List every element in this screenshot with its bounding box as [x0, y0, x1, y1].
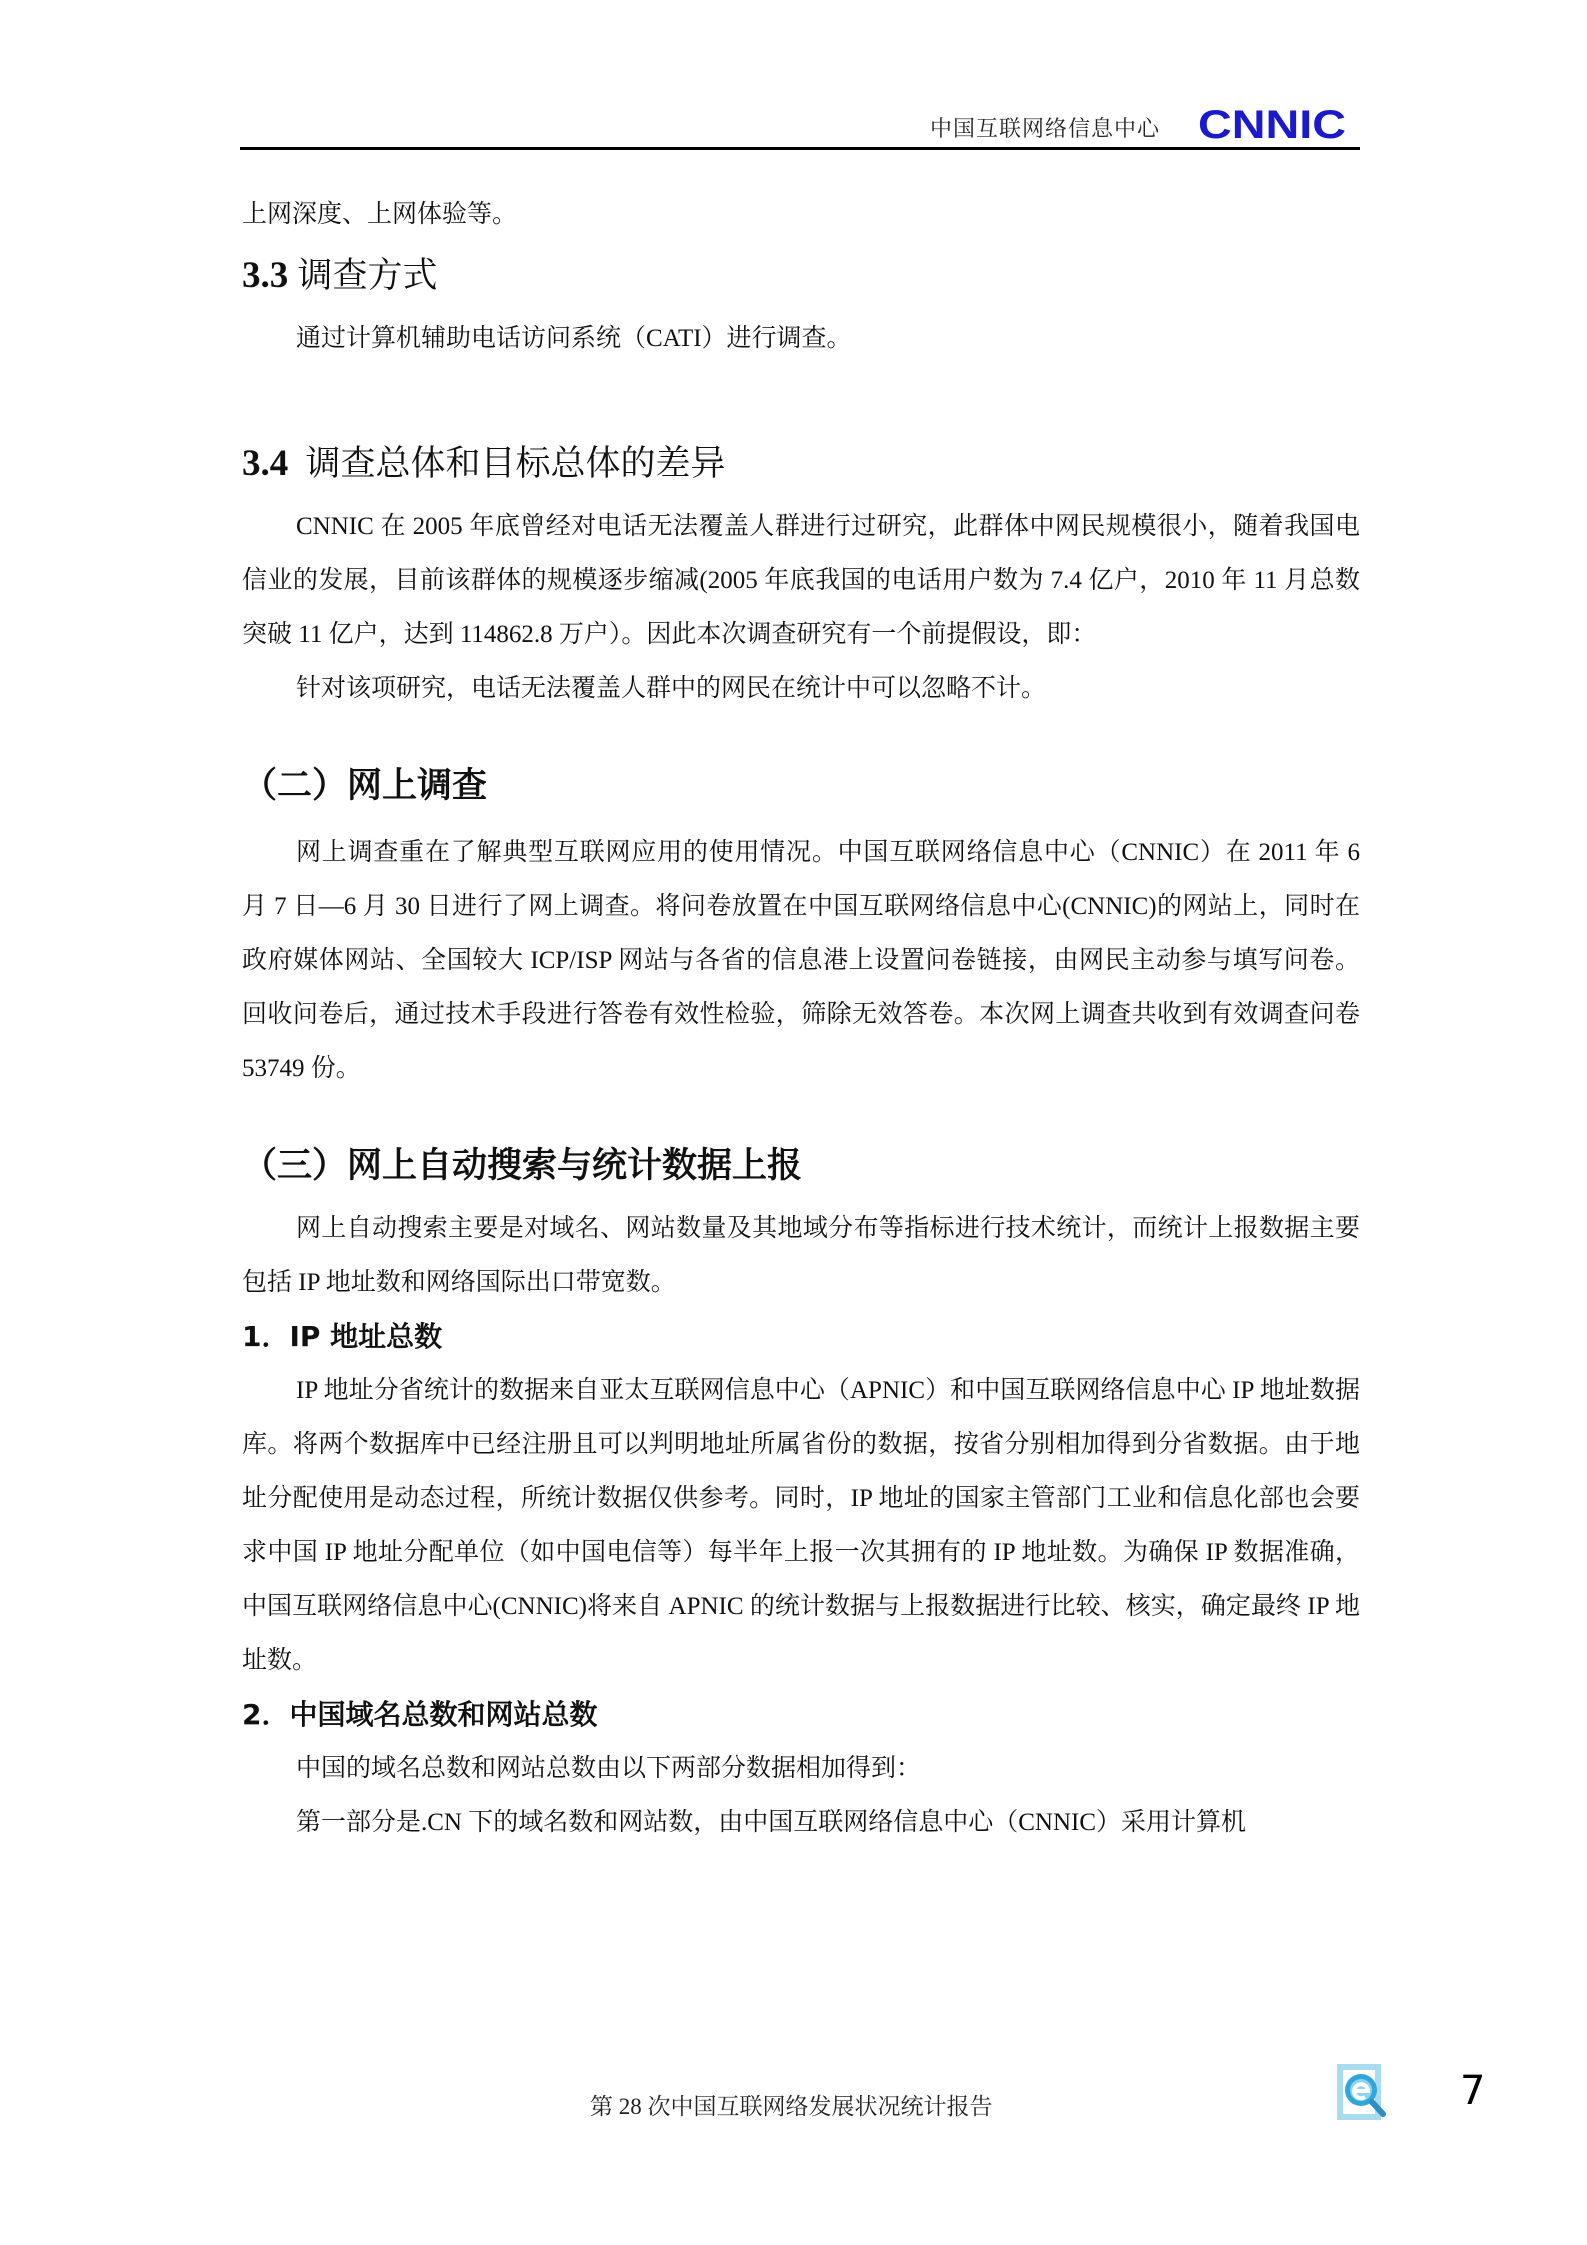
section-number: 3.4 — [242, 443, 288, 484]
section-3-4-paragraph-2: 针对该项研究，电话无法覆盖人群中的网民在统计中可以忽略不计。 — [242, 662, 1360, 716]
intro-tail-text: 上网深度、上网体验等。 — [242, 188, 1360, 242]
part-3-paragraph: 网上自动搜索主要是对域名、网站数量及其地域分布等指标进行技术统计，而统计上报数据… — [242, 1202, 1360, 1310]
page-number: 7 — [1460, 2068, 1485, 2114]
section-3-4-paragraph-1: CNNIC 在 2005 年底曾经对电话无法覆盖人群进行过研究，此群体中网民规模… — [242, 500, 1360, 662]
section-title: 调查方式 — [298, 256, 438, 296]
section-3-4-heading: 3.4 调查总体和目标总体的差异 — [242, 434, 1360, 494]
part-2-paragraph: 网上调查重在了解典型互联网应用的使用情况。中国互联网络信息中心（CNNIC）在 … — [242, 826, 1360, 1096]
magnifier-e-icon — [1335, 2062, 1395, 2122]
header-divider — [240, 147, 1360, 150]
page-content: 上网深度、上网体验等。 3.3 调查方式 通过计算机辅助电话访问系统（CATI）… — [242, 190, 1360, 1850]
cnnic-logo-icon: CNNIC — [1198, 104, 1348, 144]
part-3-heading: （三）网上自动搜索与统计数据上报 — [242, 1136, 1360, 1196]
part-2-heading: （二）网上调查 — [242, 756, 1360, 816]
section-3-3-paragraph: 通过计算机辅助电话访问系统（CATI）进行调查。 — [242, 312, 1360, 366]
domain-website-paragraph-2: 第一部分是.CN 下的域名数和网站数，由中国互联网络信息中心（CNNIC）采用计… — [242, 1796, 1360, 1850]
section-title: 调查总体和目标总体的差异 — [306, 444, 726, 484]
svg-text:CNNIC: CNNIC — [1198, 104, 1346, 144]
header-org-name: 中国互联网络信息中心 — [930, 112, 1160, 143]
footer-report-title: 第 28 次中国互联网络发展状况统计报告 — [590, 2088, 993, 2121]
ip-total-paragraph: IP 地址分省统计的数据来自亚太互联网信息中心（APNIC）和中国互联网络信息中… — [242, 1364, 1360, 1688]
section-number: 3.3 — [242, 255, 288, 296]
page-header: 中国互联网络信息中心 CNNIC — [240, 100, 1360, 150]
section-3-3-heading: 3.3 调查方式 — [242, 246, 1360, 306]
ip-total-heading: 1．IP 地址总数 — [242, 1310, 1360, 1364]
domain-website-paragraph-1: 中国的域名总数和网站总数由以下两部分数据相加得到： — [242, 1742, 1360, 1796]
domain-website-heading: 2．中国域名总数和网站总数 — [242, 1688, 1360, 1742]
